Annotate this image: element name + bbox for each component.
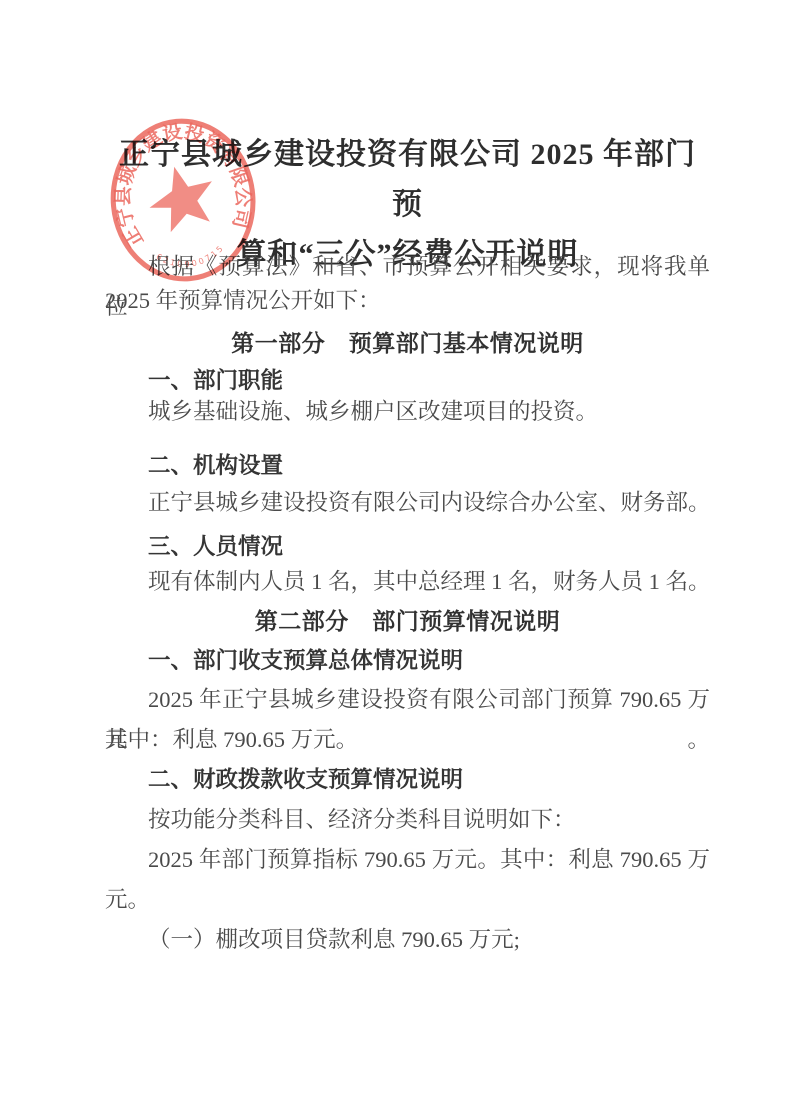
part2-heading: 第二部分 部门预算情况说明 bbox=[105, 601, 710, 641]
section-heading-personnel: 三、人员情况 bbox=[105, 527, 710, 567]
personnel-paragraph: 现有体制内人员 1 名，其中总经理 1 名，财务人员 1 名。 bbox=[105, 562, 710, 602]
intro-paragraph-line-2: 2025 年预算情况公开如下： bbox=[105, 281, 710, 321]
part1-heading: 第一部分 预算部门基本情况说明 bbox=[105, 323, 710, 363]
document-page: 正宁县城乡建设投资有限公司 2025 年部门预 算和“三公”经费公开说明 根据《… bbox=[0, 0, 794, 1108]
section-heading-fiscal-appropriation: 二、财政拨款收支预算情况说明 bbox=[105, 760, 710, 800]
shantytown-loan-interest-item: （一）棚改项目贷款利息 790.65 万元; bbox=[105, 920, 710, 960]
organization-paragraph: 正宁县城乡建设投资有限公司内设综合办公室、财务部。 bbox=[105, 483, 710, 523]
budget-overview-paragraph-line-1: 2025 年正宁县城乡建设投资有限公司部门预算 790.65 万元。 bbox=[105, 680, 710, 720]
section-heading-budget-overview: 一、部门收支预算总体情况说明 bbox=[105, 641, 710, 681]
fiscal-classification-paragraph: 按功能分类科目、经济分类科目说明如下： bbox=[105, 800, 710, 840]
section-heading-organization: 二、机构设置 bbox=[105, 446, 710, 486]
budget-indicator-paragraph-line-2: 元。 bbox=[105, 880, 710, 920]
functions-paragraph: 城乡基础设施、城乡棚户区改建项目的投资。 bbox=[105, 392, 710, 432]
budget-overview-paragraph-line-2: 其中：利息 790.65 万元。 bbox=[105, 720, 710, 760]
document-title-line-1: 正宁县城乡建设投资有限公司 2025 年部门预 bbox=[105, 130, 710, 230]
budget-indicator-paragraph-line-1: 2025 年部门预算指标 790.65 万元。其中：利息 790.65 万 bbox=[105, 840, 710, 880]
